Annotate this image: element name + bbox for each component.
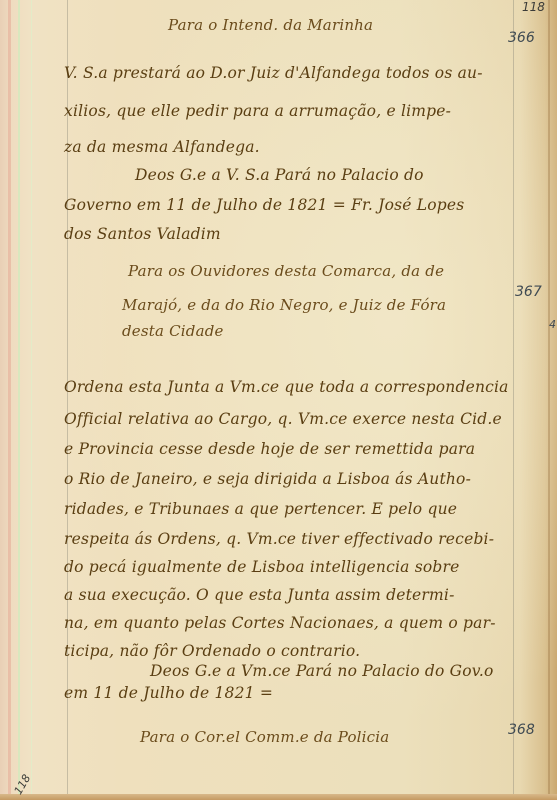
entry-1-date-signature: Governo em 11 de Julho de 1821 = Fr. Jos… bbox=[64, 196, 464, 214]
binding-stripe bbox=[8, 0, 11, 800]
entry-1-signature: dos Santos Valadim bbox=[64, 225, 221, 243]
binding-stripe bbox=[18, 0, 20, 800]
folio-number-top: 118 bbox=[522, 0, 545, 14]
entry-2-closing: Deos G.e a Vm.ce Pará no Palacio do Gov.… bbox=[150, 662, 494, 680]
right-margin-rule bbox=[513, 0, 514, 800]
entry-2-line: do pecá igualmente de Lisboa intelligenc… bbox=[64, 558, 460, 576]
entry-2-line: a sua execução. O que esta Junta assim d… bbox=[64, 586, 455, 604]
entry-number-368: 368 bbox=[508, 722, 535, 738]
page-edge bbox=[548, 0, 550, 800]
entry-2-line: Ordena esta Junta a Vm.ce que toda a cor… bbox=[64, 378, 509, 396]
entry-2-line: Official relativa ao Cargo, q. Vm.ce exe… bbox=[64, 410, 502, 428]
entry-2-heading: Marajó, e da do Rio Negro, e Juiz de Fór… bbox=[122, 296, 446, 314]
entry-1-closing: Deos G.e a V. S.a Pará no Palacio do bbox=[135, 166, 424, 184]
entry-1-line: za da mesma Alfandega. bbox=[64, 138, 260, 156]
entry-2-date: em 11 de Julho de 1821 = bbox=[64, 684, 273, 702]
entry-2-line: respeita ás Ordens, q. Vm.ce tiver effec… bbox=[64, 530, 494, 548]
entry-number-367: 367 bbox=[515, 284, 542, 300]
entry-2-heading: Para os Ouvidores desta Comarca, da de bbox=[128, 262, 444, 280]
entry-2-line: ridades, e Tribunaes a que pertencer. E … bbox=[64, 500, 457, 518]
side-mark: 4 bbox=[549, 318, 556, 331]
entry-2-line: na, em quanto pelas Cortes Nacionaes, a … bbox=[64, 614, 496, 632]
entry-number-366: 366 bbox=[508, 30, 535, 46]
entry-2-heading: desta Cidade bbox=[122, 322, 224, 340]
entry-1-line: xilios, que elle pedir para a arrumação,… bbox=[64, 102, 451, 120]
binding-stripe bbox=[31, 0, 32, 800]
entry-2-line: e Provincia cesse desde hoje de ser reme… bbox=[64, 440, 475, 458]
left-margin-rule bbox=[67, 0, 68, 800]
entry-2-line: ticipa, não fôr Ordenado o contrario. bbox=[64, 642, 360, 660]
entry-3-heading: Para o Cor.el Comm.e da Policia bbox=[140, 728, 389, 746]
entry-1-heading: Para o Intend. da Marinha bbox=[168, 16, 373, 34]
entry-2-line: o Rio de Janeiro, e seja dirigida a Lisb… bbox=[64, 470, 471, 488]
page-bottom-edge bbox=[0, 794, 557, 800]
manuscript-page: 118 366 367 4 368 118 Para o Intend. da … bbox=[0, 0, 557, 800]
entry-1-line: V. S.a prestará ao D.or Juiz d'Alfandega… bbox=[64, 64, 483, 82]
